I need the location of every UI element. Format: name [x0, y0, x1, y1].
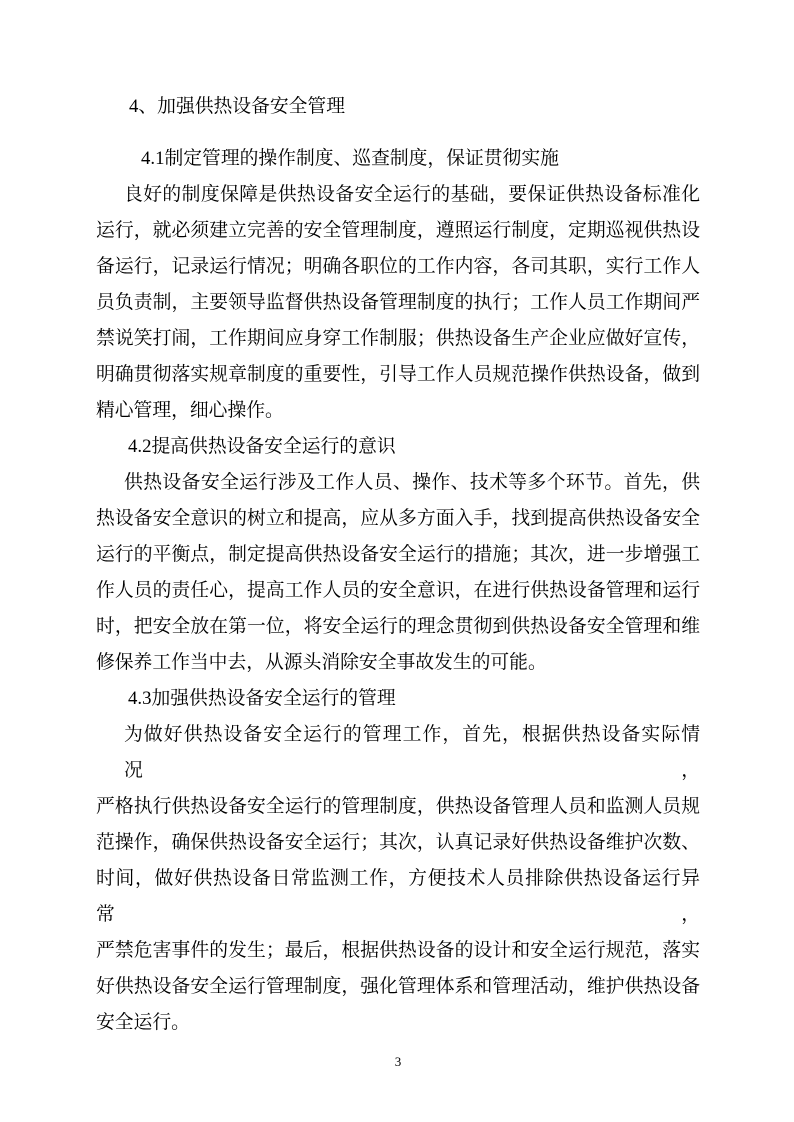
paragraph-line: 安全运行。: [96, 1005, 700, 1041]
paragraph-line: 作人员的责任心，提高工作人员的安全意识，在进行供热设备管理和运行: [96, 573, 700, 609]
paragraph-line: 为做好供热设备安全运行的管理工作，首先，根据供热设备实际情况，: [96, 717, 700, 789]
paragraph-line: 运行的平衡点，制定提高供热设备安全运行的措施；其次，进一步增强工: [96, 537, 700, 573]
paragraph-line: 运行，就必须建立完善的安全管理制度，遵照运行制度，定期巡视供热设: [96, 213, 700, 249]
paragraph-4-2-body: 供热设备安全运行涉及工作人员、操作、技术等多个环节。首先，供 热设备安全意识的树…: [96, 465, 700, 681]
paragraph-4-1-body: 良好的制度保障是供热设备安全运行的基础，要保证供热设备标准化 运行，就必须建立完…: [96, 177, 700, 429]
page-number: 3: [96, 1054, 700, 1070]
paragraph-line: 好供热设备安全运行管理制度，强化管理体系和管理活动，维护供热设备: [96, 969, 700, 1005]
section-heading-4-3: 4.3加强供热设备安全运行的管理: [96, 681, 700, 717]
paragraph-line: 严格执行供热设备安全运行的管理制度，供热设备管理人员和监测人员规: [96, 789, 700, 825]
paragraph-line: 严禁危害事件的发生；最后，根据供热设备的设计和安全运行规范，落实: [96, 933, 700, 969]
paragraph-line: 良好的制度保障是供热设备安全运行的基础，要保证供热设备标准化: [96, 177, 700, 213]
paragraph-line: 范操作，确保供热设备安全运行；其次，认真记录好供热设备维护次数、: [96, 825, 700, 861]
paragraph-line: 备运行，记录运行情况；明确各职位的工作内容，各司其职，实行工作人: [96, 249, 700, 285]
paragraph-line: 员负责制，主要领导监督供热设备管理制度的执行；工作人员工作期间严: [96, 285, 700, 321]
paragraph-line: 精心管理，细心操作。: [96, 393, 700, 429]
document-page: 4、加强供热设备安全管理 4.1制定管理的操作制度、巡查制度，保证贯彻实施 良好…: [0, 0, 794, 1122]
paragraph-4-3-body: 为做好供热设备安全运行的管理工作，首先，根据供热设备实际情况， 严格执行供热设备…: [96, 717, 700, 1041]
paragraph-line: 时间，做好供热设备日常监测工作，方便技术人员排除供热设备运行异常，: [96, 861, 700, 933]
section-heading-4-1: 4.1制定管理的操作制度、巡查制度，保证贯彻实施: [96, 141, 700, 177]
paragraph-line: 供热设备安全运行涉及工作人员、操作、技术等多个环节。首先，供: [96, 465, 700, 501]
paragraph-line: 修保养工作当中去，从源头消除安全事故发生的可能。: [96, 645, 700, 681]
paragraph-line: 明确贯彻落实规章制度的重要性，引导工作人员规范操作供热设备，做到: [96, 357, 700, 393]
paragraph-line: 禁说笑打闹，工作期间应身穿工作制服；供热设备生产企业应做好宣传，: [96, 321, 700, 357]
section-heading-4-2: 4.2提高供热设备安全运行的意识: [96, 429, 700, 465]
paragraph-line: 热设备安全意识的树立和提高，应从多方面入手，找到提高供热设备安全: [96, 501, 700, 537]
section-heading-4: 4、加强供热设备安全管理: [96, 89, 700, 125]
paragraph-line: 时，把安全放在第一位，将安全运行的理念贯彻到供热设备安全管理和维: [96, 609, 700, 645]
